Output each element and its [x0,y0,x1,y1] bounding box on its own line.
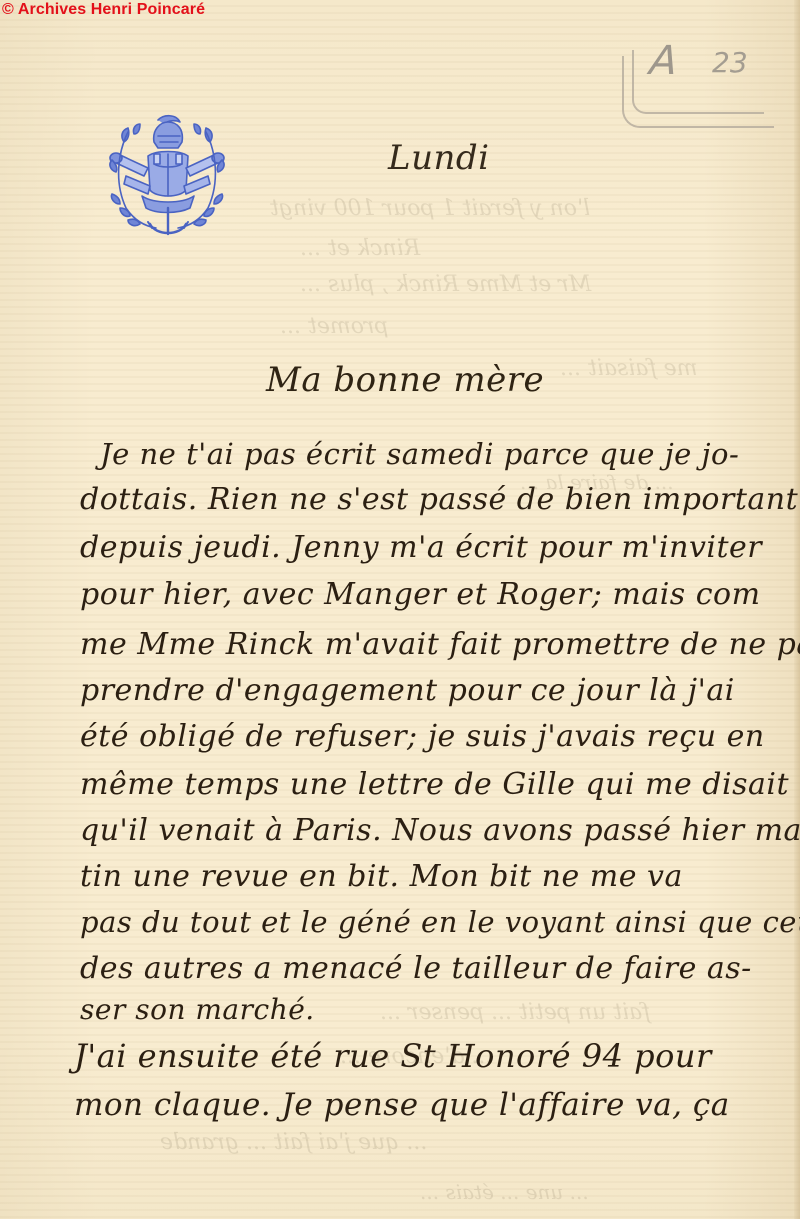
show-through-text: ... que j'ai fait ... grande [160,1130,427,1155]
coat-of-arms-icon [104,112,230,242]
copyright-notice: © Archives Henri Poincaré [2,1,205,19]
show-through-text: ... une ... étais ... [420,1180,589,1204]
letter-line: été obligé de refuser; je suis j'avais r… [80,722,765,752]
show-through-text: Rinck et ... [300,236,420,261]
shelf-mark-letter: A [648,38,682,84]
show-through-text: promet ... [280,314,389,339]
letter-line: qu'il venait à Paris. Nous avons passé h… [80,816,800,846]
letter-line: même temps une lettre de Gille qui me di… [80,770,789,800]
archive-shelf-mark: A 23 [620,44,780,134]
page-edge [794,0,800,1219]
letter-line: J'ai ensuite été rue St Honoré 94 pour [74,1040,712,1072]
show-through-text: fait un petit ... penser ... [380,1000,650,1025]
show-through-text: Mr et Mme Rinck , plus ... [300,272,591,297]
letter-line: pour hier, avec Manger et Roger; mais co… [80,580,761,610]
letter-line: depuis jeudi. Jenny m'a écrit pour m'inv… [80,533,762,563]
show-through-text: me faisait ... [560,356,697,381]
letter-line: me Mme Rinck m'avait fait promettre de n… [80,630,800,660]
letter-line: pas du tout et le géné en le voyant ains… [80,908,800,937]
letter-date: Lundi [388,138,490,178]
show-through-text: l'on y ferait 1 pour 100 vingt [270,196,590,221]
letter-line: des autres a menacé le tailleur de faire… [80,954,752,984]
letter-line: tin une revue en bit. Mon bit ne me va [80,862,683,892]
shelf-mark-number: 23 [712,46,748,79]
letter-line: Je ne t'ai pas écrit samedi parce que je… [100,440,739,469]
letter-line: prendre d'engagement pour ce jour là j'a… [80,676,735,706]
letter-line: dottais. Rien ne s'est passé de bien imp… [80,485,798,515]
letter-salutation: Ma bonne mère [266,360,544,400]
letter-line: mon claque. Je pense que l'affaire va, ç… [74,1090,730,1121]
letter-line: ser son marché. [80,996,315,1024]
